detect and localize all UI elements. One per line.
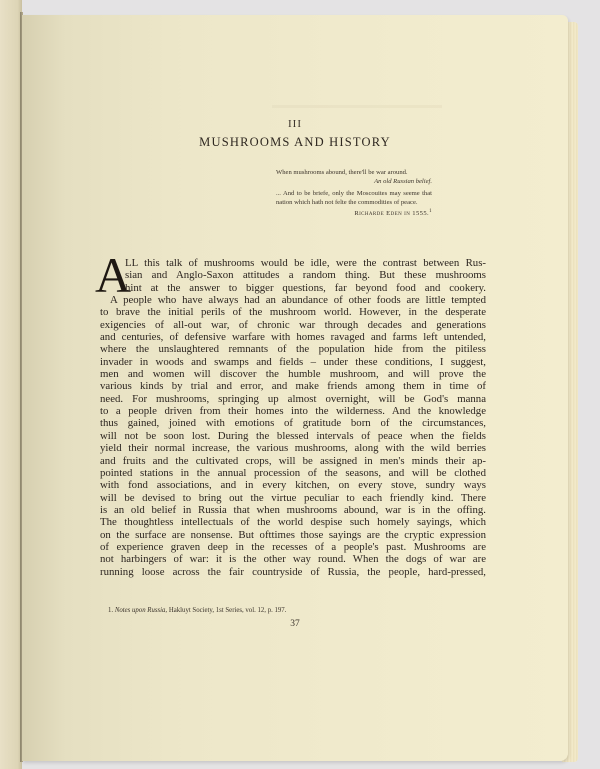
body-line: on the surface are nonsense. But ofttime… (100, 529, 486, 541)
epigraph-1-attribution: An old Russian belief. (276, 178, 432, 187)
footnote-ref: 1 (429, 209, 432, 214)
footnote-number: 1. (108, 607, 113, 614)
body-line: exigencies of all-out war, of chronic wa… (100, 319, 486, 331)
body-line: where the unslaughtered remnants of the … (100, 343, 486, 355)
show-through-text (272, 105, 442, 108)
facing-page-edge (0, 0, 22, 769)
epigraph-2-text: ... And to be briefe, only the Moscouite… (276, 190, 432, 207)
body-line: invader in woods and swamps and fields –… (100, 356, 486, 368)
footnote-title: Notes upon Russia, (115, 607, 167, 614)
body-line: with fond associations, and in every kit… (100, 479, 486, 491)
body-line: The thoughtless intellectuals of the wor… (100, 516, 486, 528)
body-line: of experience graven deep in the recesse… (100, 541, 486, 553)
body-line: is an old belief in Russia that when mus… (100, 504, 486, 516)
body-line: and fruits and the cultivated crops, wil… (100, 455, 486, 467)
epigraph-1-text: When mushrooms abound, there'll be war a… (276, 169, 432, 178)
body-line: will not be soon lost. During the blesse… (100, 430, 486, 442)
epigraph-2-attribution: Richarde Eden in 1555.1 (276, 208, 432, 219)
body-line: and centuries, of defensive warfare with… (100, 331, 486, 343)
body-line: various kinds by trial and error, and ma… (100, 380, 486, 392)
body-line: not harbingers of war: it is the other w… (100, 553, 486, 565)
body-line: LL this talk of mushrooms would be idle,… (100, 257, 486, 269)
body-line: hint at the answer to bigger questions, … (100, 282, 486, 294)
page-number: 37 (22, 619, 568, 629)
body-line: yield their normal increase, the various… (100, 442, 486, 454)
body-line: to brave the initial perils of the mushr… (100, 306, 486, 318)
epigraphs: When mushrooms abound, there'll be war a… (276, 169, 432, 219)
body-line: need. For mushrooms, springing up almost… (100, 393, 486, 405)
book-page: III MUSHROOMS AND HISTORY When mushrooms… (22, 15, 568, 761)
body-line: running loose across the fair countrysid… (100, 566, 486, 578)
body-line: pointed stations in the annual processio… (100, 467, 486, 479)
body-line: to a people driven from their homes into… (100, 405, 486, 417)
chapter-number: III (22, 118, 568, 130)
body-line: thus gained, joined with emotions of gra… (100, 417, 486, 429)
chapter-title: MUSHROOMS AND HISTORY (22, 135, 568, 150)
body-line: A people who have always had an abundanc… (100, 294, 486, 306)
body-line: sian and Anglo-Saxon attitudes a random … (100, 269, 486, 281)
body-line: men and women will discover the humble m… (100, 368, 486, 380)
footnote-rest: Hakluyt Society, 1st Series, vol. 12, p.… (169, 607, 287, 614)
footnote: 1. Notes upon Russia, Hakluyt Society, 1… (108, 607, 286, 614)
body-text: LL this talk of mushrooms would be idle,… (100, 257, 486, 578)
body-line: will be devised to bring out the virtue … (100, 492, 486, 504)
